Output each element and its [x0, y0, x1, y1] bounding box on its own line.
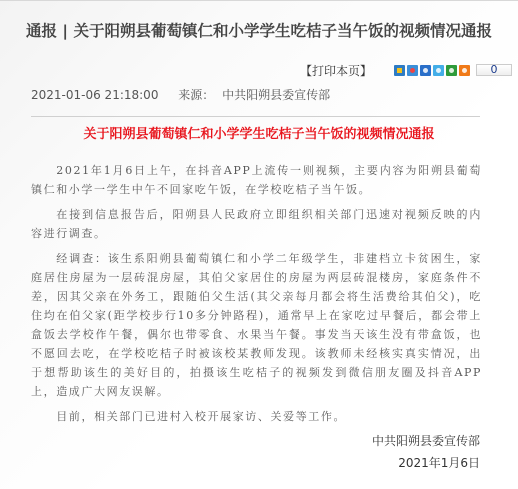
page-headline: 通报 | 关于阳朔县葡萄镇仁和小学学生吃桔子当午饭的视频情况通报 — [0, 19, 518, 41]
qzone-icon[interactable] — [433, 65, 444, 76]
article-paragraph: 2021年1月6日上午，在抖音APP上流传一则视频，主要内容为阳朔县葡萄镇仁和小… — [31, 161, 482, 199]
article-paragraph: 经调查：该生系阳朔县葡萄镇仁和小学二年级学生，非建档立卡贫困生，家庭居住房屋为一… — [31, 249, 482, 401]
article-signature: 中共阳朔县委宣传部 2021年1月6日 — [372, 430, 480, 474]
article-title: 关于阳朔县葡萄镇仁和小学学生吃桔子当午饭的视频情况通报 — [0, 123, 518, 142]
signature-date: 2021年1月6日 — [372, 452, 480, 474]
weibo-icon[interactable] — [407, 65, 418, 76]
douban-icon[interactable] — [446, 65, 457, 76]
article-page: 通报 | 关于阳朔县葡萄镇仁和小学学生吃桔子当午饭的视频情况通报 【打印本页】 … — [0, 0, 518, 489]
print-page-link[interactable]: 【打印本页】 — [300, 62, 372, 79]
share-count-badge: 0 — [476, 64, 512, 76]
meta-divider — [31, 116, 480, 117]
article-paragraph: 在接到信息报告后，阳朔县人民政府立即组织相关部门迅速对视频反映的内容进行调查。 — [31, 205, 482, 243]
share-bar: 0 — [394, 64, 512, 76]
article-toolbar: 【打印本页】 0 — [300, 62, 512, 78]
favorite-icon[interactable] — [394, 65, 405, 76]
article-body: 2021年1月6日上午，在抖音APP上流传一则视频，主要内容为阳朔县葡萄镇仁和小… — [31, 161, 482, 432]
renren-icon[interactable] — [420, 65, 431, 76]
more-share-icon[interactable] — [459, 65, 470, 76]
source-label: 来源： — [178, 88, 214, 102]
article-paragraph: 目前，相关部门已进村入校开展家访、关爱等工作。 — [31, 407, 482, 426]
source-value: 中共阳朔县委宣传部 — [222, 88, 330, 102]
publish-datetime: 2021-01-06 21:18:00 — [31, 88, 158, 102]
article-meta: 2021-01-06 21:18:00 来源： 中共阳朔县委宣传部 — [31, 86, 330, 103]
signature-org: 中共阳朔县委宣传部 — [372, 430, 480, 452]
